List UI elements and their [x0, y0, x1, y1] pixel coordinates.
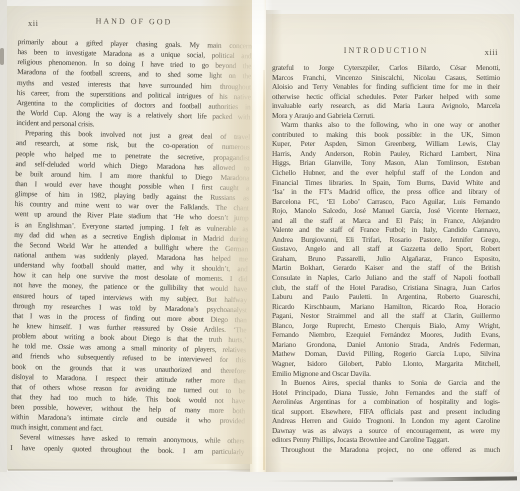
text-line: editors Penny Phillips, Jocasta Brownlee…	[272, 435, 500, 445]
text-line: Mathew Doman, David Pilling, Rogerio Gar…	[272, 349, 500, 359]
text-line: Andreas Herren and Guido Trognoni. In Lo…	[272, 416, 500, 426]
right-page-number: xiii	[485, 47, 498, 57]
text-line: Pagani, Nestor Straimmel and all the sta…	[272, 311, 500, 321]
text-line: and all the staff at Marca and El País; …	[272, 216, 500, 226]
page-curve-fade	[200, 0, 252, 464]
text-line: Harris, Andy Anderson, Robin Pauley, Ric…	[272, 149, 500, 159]
text-line: Wagner, Isidoro Gilobert, Pablo Llonto, …	[272, 359, 500, 369]
text-line: Ricardo Kirschbaum, Mariano Hamilton, Ri…	[272, 302, 500, 312]
text-line: Aerolinéas Argentinas for a combination …	[272, 397, 500, 407]
text-line: Mora y Araujo and Gabriela Cerruti.	[272, 111, 500, 121]
text-line: grateful to Jorge Cyterszpiler, Carlos B…	[272, 63, 500, 73]
text-line: Kuper, Peter Aspden, Simon Greenberg, Wi…	[272, 139, 500, 149]
text-line: tical support. Elsewhere, FIFA officials…	[272, 407, 500, 417]
text-line: otherwise hectic official schedules. Pet…	[272, 92, 500, 102]
text-line: Higgs, Brian Glanville, Tony Mason, Alan…	[272, 158, 500, 168]
page-bottom-edge	[8, 469, 250, 471]
text-line: Laburu and Paulo Pauletti. In Argentina,…	[272, 292, 500, 302]
text-line: Valente and the staff of France Futbol; …	[272, 225, 500, 235]
page-bottom-edge	[268, 480, 393, 482]
text-line: Cichello Hubner, and the ever helpful st…	[272, 168, 500, 178]
text-line: Mariano Grondona, Daniel Antonio Strada,…	[272, 340, 500, 350]
text-line: Andrea Burgiovanni, Eli Trifari, Rosario…	[272, 235, 500, 245]
text-line: Fernando Niembro, Ezequiel Fernández Moo…	[272, 330, 500, 340]
text-line: In Buenos Aires, special thanks to Sonia…	[272, 378, 500, 388]
right-page-text: grateful to Jorge Cyterszpiler, Carlos B…	[272, 63, 500, 454]
text-line: ‘Isa’ in the FT’s Madrid office, the pre…	[272, 187, 500, 197]
background-surface	[0, 472, 520, 491]
text-line: invaluable early research, as did Maria …	[272, 101, 500, 111]
text-line: Consulate in Naples, Carlo Juliano and t…	[272, 273, 500, 283]
text-line: Warm thanks also to the following, who i…	[272, 120, 500, 130]
text-line: Gustavo, Angelo and all staff at Gazzett…	[272, 244, 500, 254]
text-line: club, the staff of the Hotel Paradiso, C…	[272, 283, 500, 293]
text-line: Aloisio and Terry Venables for finding s…	[272, 82, 500, 92]
text-line: Hotel Principado, Diana Tussie, John Fer…	[272, 388, 500, 398]
text-line: Blanco, Jorge Ruprecht, Ernesto Cherquis…	[272, 321, 500, 331]
right-page-header: INTRODUCTION xiii	[272, 45, 500, 57]
edge-smudge	[0, 48, 4, 65]
gutter-seam	[263, 70, 265, 470]
text-line: Barcelona FC, ‘El Lobo’ Carrasco, Paco A…	[272, 197, 500, 207]
text-line: Rojo, Manolo Salcedo, José Manuel García…	[272, 206, 500, 216]
text-line: Graham, Bruno Passarelli, Julio Algañara…	[272, 254, 500, 264]
book-photo: xii HAND OF GOD INTRODUCTION xiii primar…	[0, 0, 520, 491]
page-outer-edge	[0, 0, 7, 480]
right-running-head: INTRODUCTION	[272, 46, 500, 55]
text-line: Martin Bokhart, Gerardo Kaiser and the s…	[272, 263, 500, 273]
text-line: Throughout the Maradona project, no one …	[272, 445, 500, 455]
text-line: Emilio Mignone and Oscar Davila.	[272, 369, 500, 379]
text-line: Financial Times libraries. In Spain, Tom…	[272, 178, 500, 188]
text-line: Marcos Franchi, Vincenzo Siniscalchi, Ni…	[272, 73, 500, 83]
text-line: Dawnay was as always a source of encoura…	[272, 426, 500, 436]
text-line: contributed to making this book possible…	[272, 130, 500, 140]
